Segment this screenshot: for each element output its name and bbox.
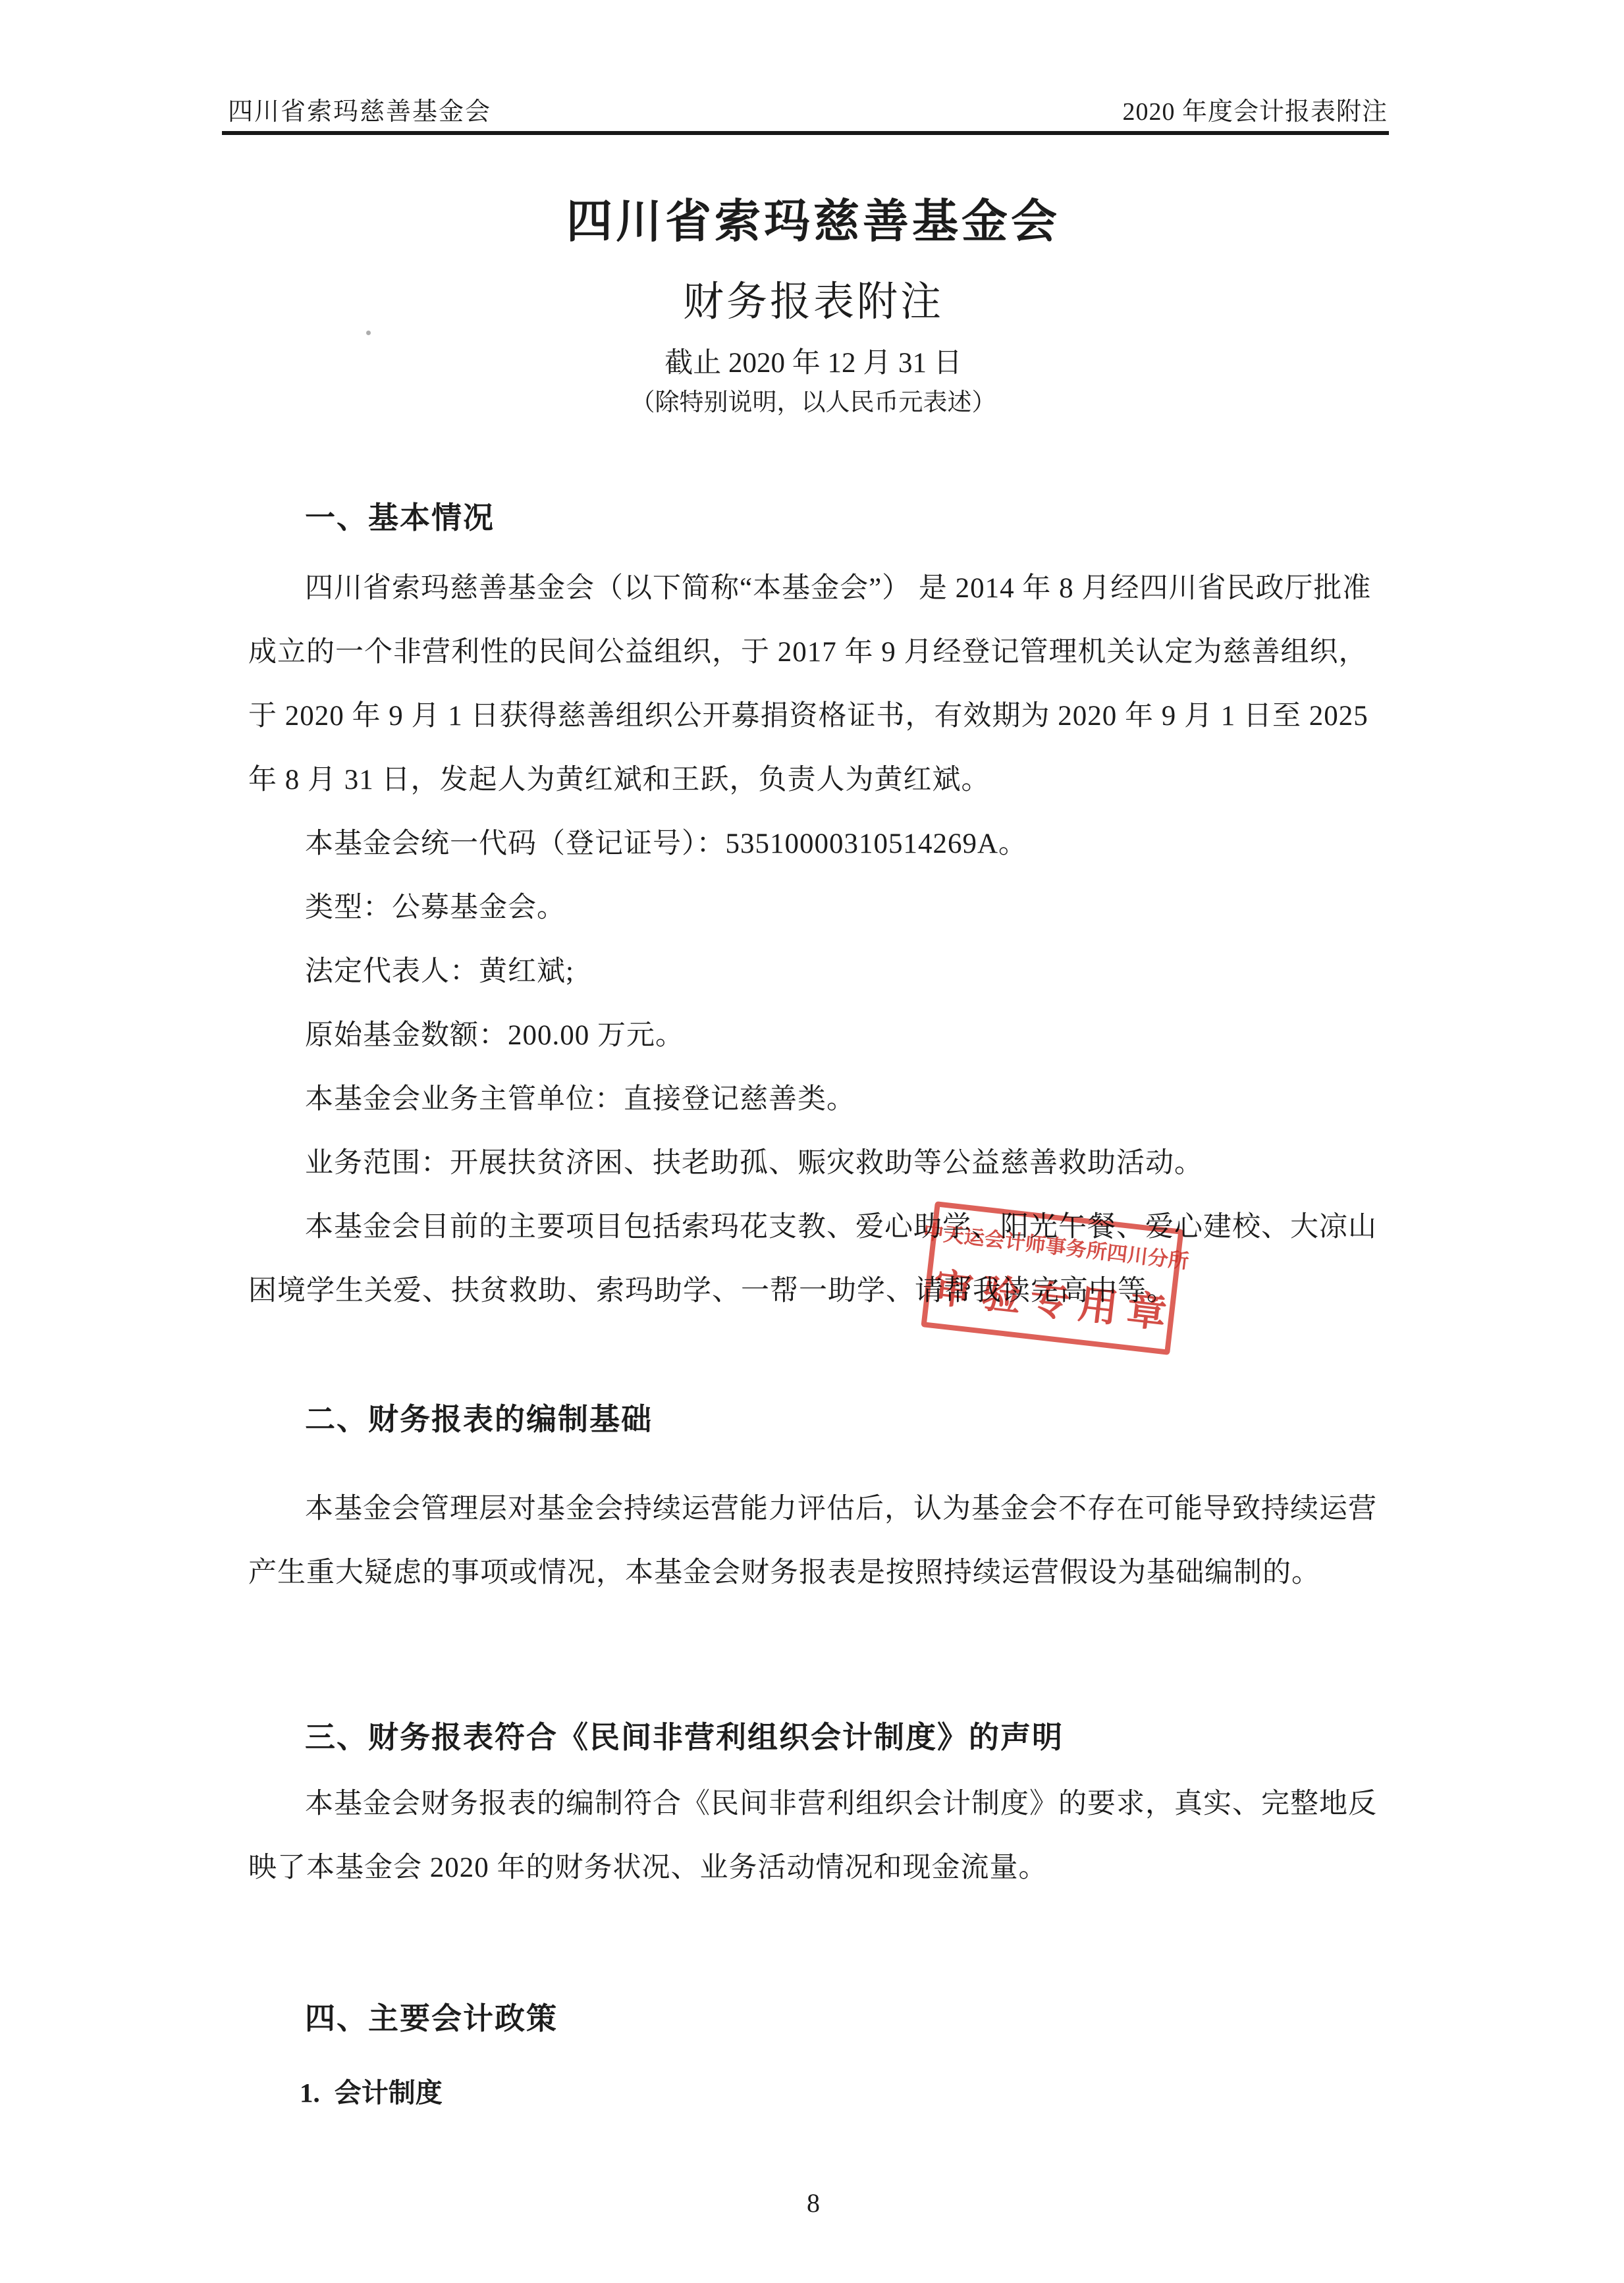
section-3-heading: 三、财务报表符合《民间非营利组织会计制度》的声明 — [305, 1723, 1064, 1753]
section-4-heading: 四、主要会计政策 — [305, 2004, 558, 2034]
paragraph: 本基金会业务主管单位：直接登记慈善类。 — [248, 1067, 1389, 1131]
running-header-right: 2020 年度会计报表附注 — [222, 91, 1388, 127]
section-3-body: 本基金会财务报表的编制符合《民间非营利组织会计制度》的要求，真实、完整地反映了本… — [248, 1772, 1389, 1900]
as-of-date-line: 截止 2020 年 12 月 31 日 — [224, 340, 1403, 381]
paragraph: 本基金会统一代码（登记证号）：53510000310514269A。 — [248, 812, 1389, 876]
section-2-body: 本基金会管理层对基金会持续运营能力评估后，认为基金会不存在可能导致持续运营产生重… — [248, 1477, 1389, 1605]
paragraph: 法定代表人：黄红斌; — [248, 940, 1389, 1004]
paragraph: 业务范围：开展扶贫济困、扶老助孤、赈灾救助等公益慈善救助活动。 — [248, 1131, 1389, 1195]
section-2-heading: 二、财务报表的编制基础 — [305, 1405, 653, 1435]
document-subtitle: 财务报表附注 — [224, 269, 1403, 327]
scan-artifact-dot — [366, 331, 371, 335]
section-1-body: 四川省索玛慈善基金会（以下简称“本基金会”） 是 2014 年 8 月经四川省民… — [248, 556, 1389, 1323]
policy-item-1: 1.会计制度 — [300, 2080, 443, 2107]
policy-item-label: 会计制度 — [335, 2078, 443, 2108]
paragraph: 本基金会目前的主要项目包括索玛花支教、爱心助学、阳光午餐、爱心建校、大凉山困境学… — [248, 1195, 1389, 1323]
paragraph: 原始基金数额：200.00 万元。 — [248, 1004, 1389, 1067]
paragraph: 本基金会财务报表的编制符合《民间非营利组织会计制度》的要求，真实、完整地反映了本… — [248, 1772, 1389, 1900]
paragraph: 本基金会管理层对基金会持续运营能力评估后，认为基金会不存在可能导致持续运营产生重… — [248, 1477, 1389, 1605]
paragraph: 四川省索玛慈善基金会（以下简称“本基金会”） 是 2014 年 8 月经四川省民… — [248, 556, 1389, 812]
section-1-heading: 一、基本情况 — [305, 503, 495, 533]
policy-item-number: 1. — [300, 2078, 320, 2108]
document-title: 四川省索玛慈善基金会 — [224, 184, 1403, 251]
paragraph: 类型：公募基金会。 — [248, 876, 1389, 940]
currency-scope-note: （除特别说明，以人民币元表述） — [224, 382, 1403, 417]
header-rule — [222, 131, 1389, 135]
page-number: 8 — [224, 2188, 1403, 2218]
